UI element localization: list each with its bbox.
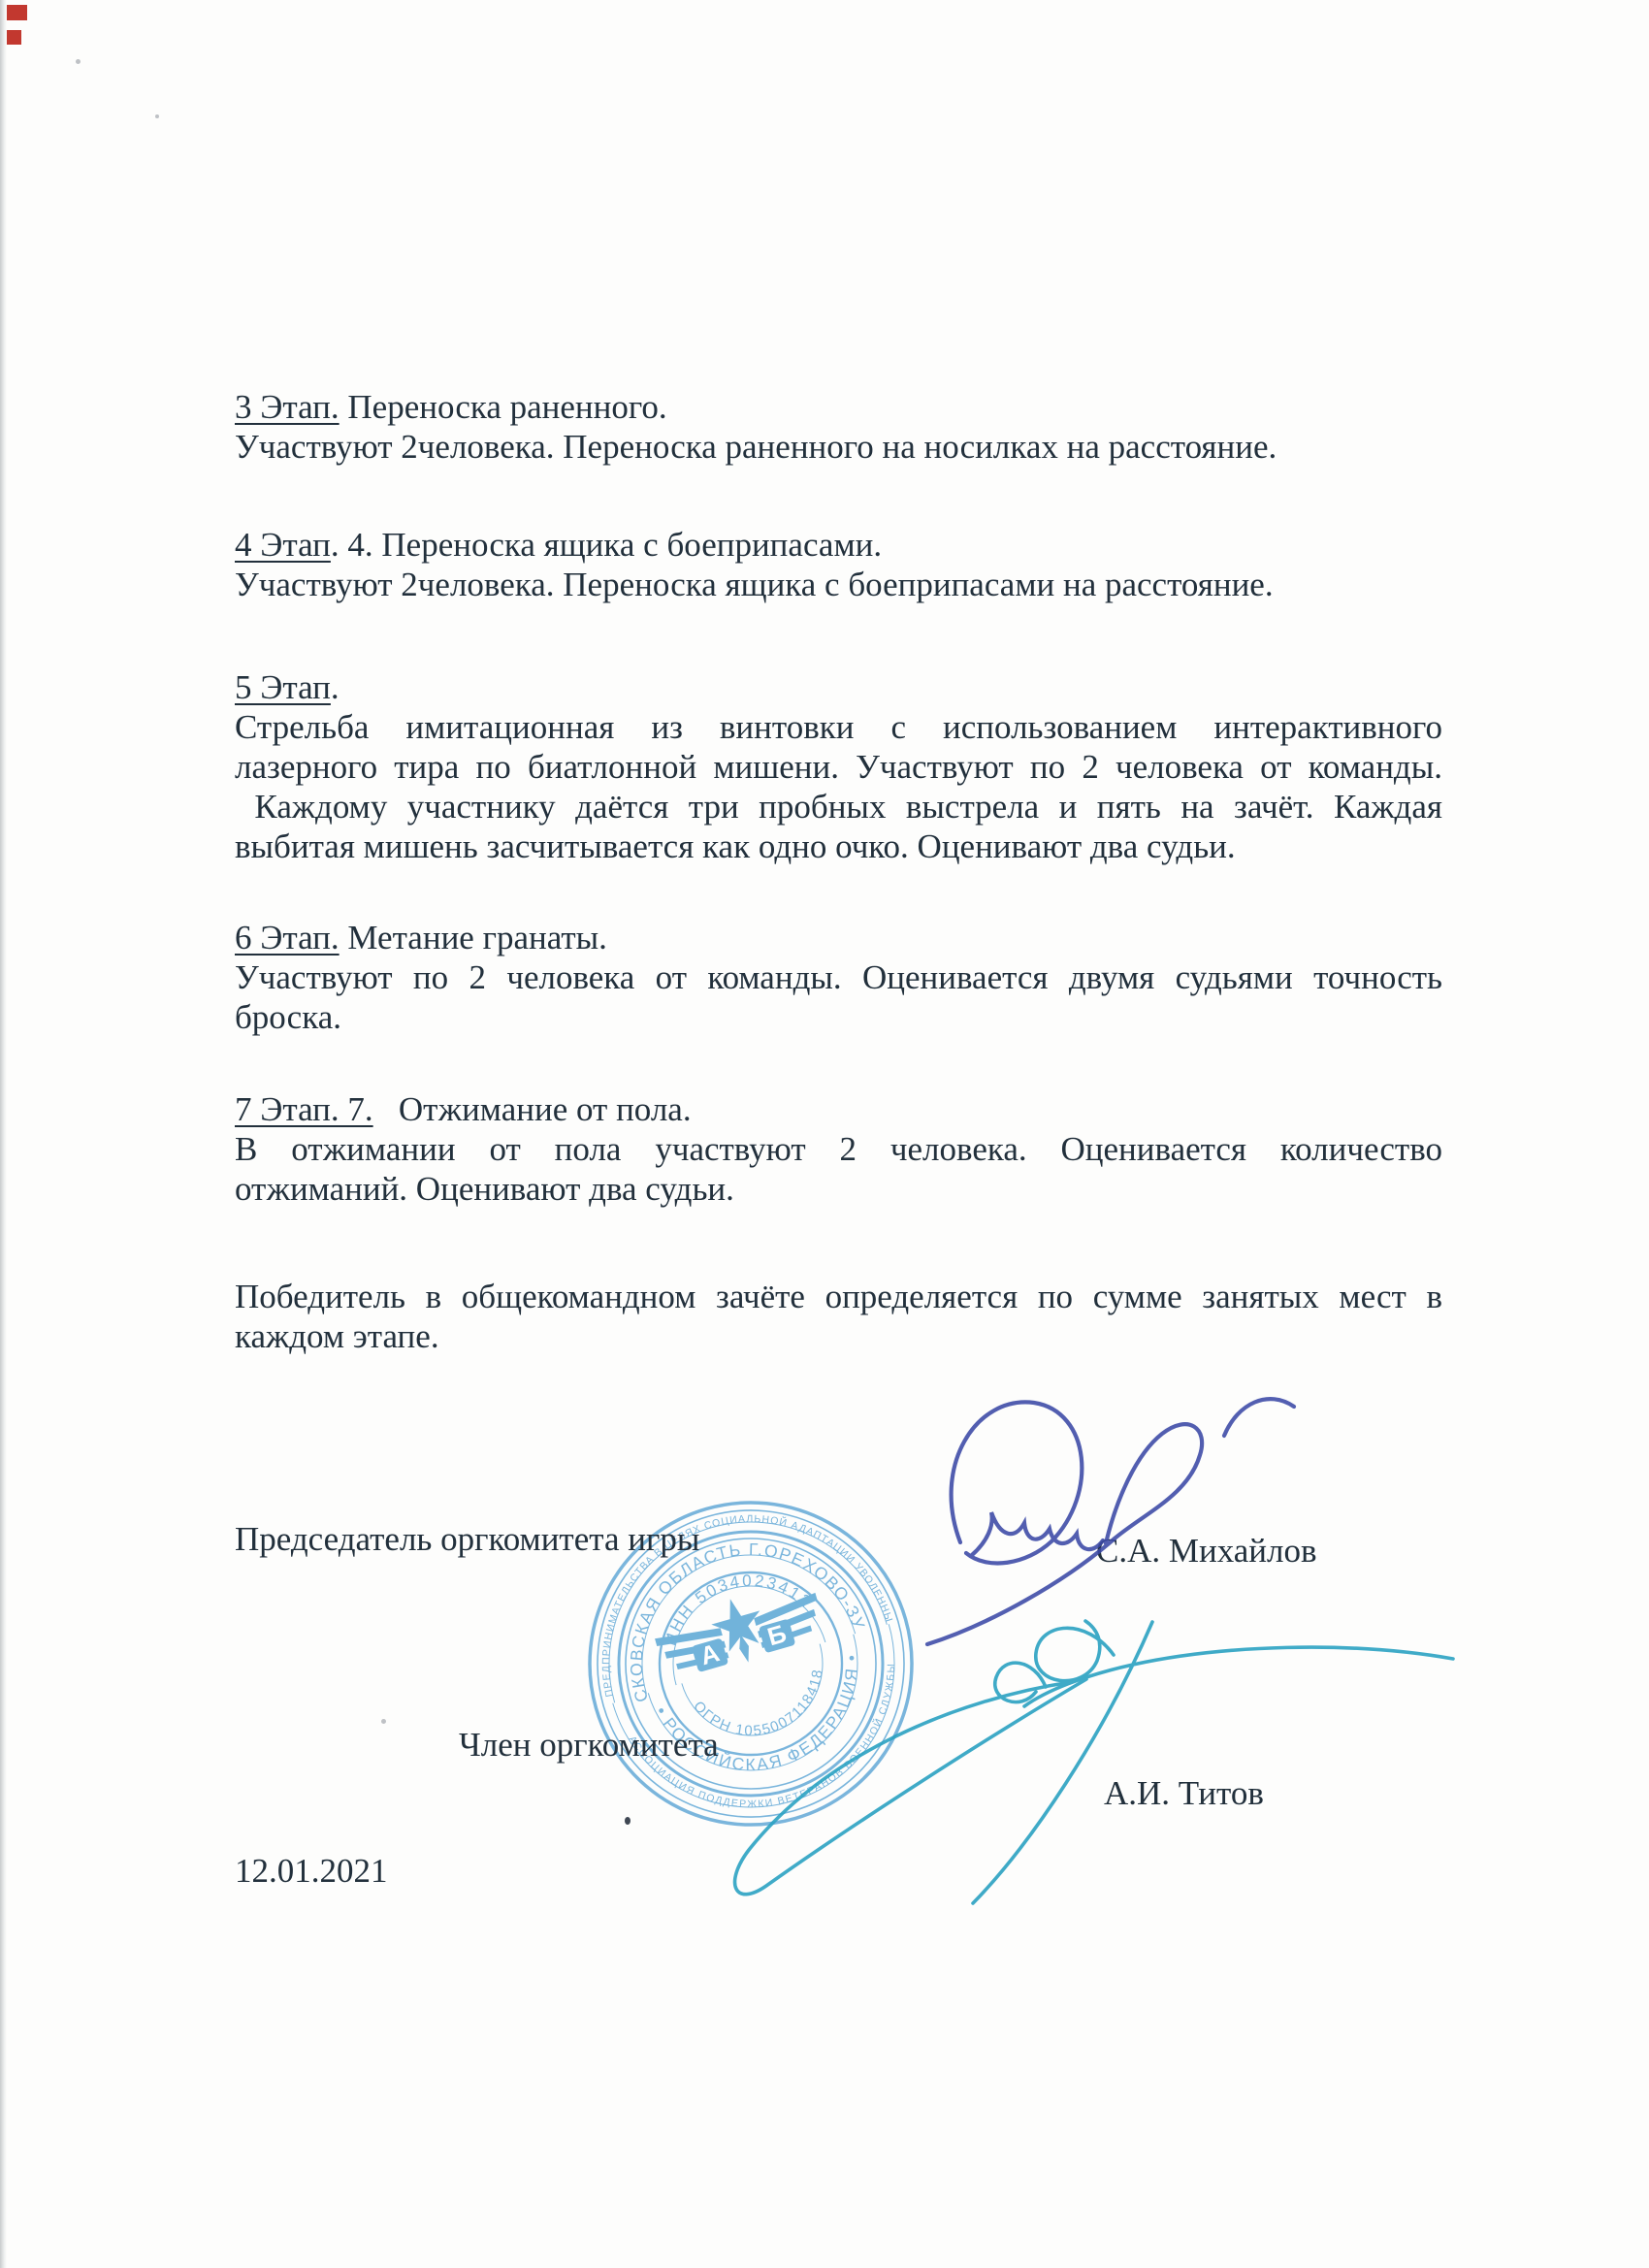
document-date: 12.01.2021: [235, 1851, 388, 1891]
stage-5-body-line-3: Каждому участнику даётся три пробных выс…: [235, 787, 1442, 826]
stage-5-body-line-4: выбитая мишень засчитывается как одно оч…: [235, 826, 1442, 866]
winner-clause-line-1: Победитель в общекомандном зачёте опреде…: [235, 1277, 1442, 1316]
stage-7-heading: 7 Этап. 7. Отжимание от пола.: [235, 1089, 1442, 1129]
stage-3-label: 3 Этап.: [235, 388, 339, 426]
member-label: Член оргкомитета: [459, 1725, 719, 1765]
stage-5-body-line-2: лазерного тира по биатлонной мишени. Уча…: [235, 747, 1442, 787]
stage-3-title: Переноска раненного.: [339, 388, 667, 426]
stage-3-body: Участвуют 2человека. Переноска раненного…: [235, 427, 1442, 467]
stage-7-title: Отжимание от пола.: [373, 1090, 692, 1128]
stage-4-label: 4 Этап: [235, 526, 331, 564]
stage-5-label: 5 Этап: [235, 668, 331, 706]
winner-clause-line-2: каждом этапе.: [235, 1316, 1442, 1356]
stage-7-body-line-1: В отжимании от пола участвуют 2 человека…: [235, 1129, 1442, 1169]
scan-edge-shadow: [0, 0, 7, 2268]
stage-7-body-line-2: отжиманий. Оценивают два судьи.: [235, 1169, 1442, 1209]
stage-5-body-line-1: Стрельба имитационная из винтовки с испо…: [235, 707, 1442, 747]
stage-6-heading: 6 Этап. Метание гранаты.: [235, 918, 1442, 957]
scan-red-mark-2: [7, 30, 21, 45]
stage-5-title: .: [331, 668, 339, 706]
stage-6-body-line-1: Участвуют по 2 человека от команды. Оцен…: [235, 957, 1442, 997]
stage-5-heading: 5 Этап.: [235, 667, 1442, 707]
chairman-name: С.А. Михайлов: [1096, 1531, 1317, 1571]
stage-6-title: Метание гранаты.: [339, 919, 607, 956]
scan-speck: [155, 114, 159, 118]
member-name: А.И. Титов: [1104, 1773, 1264, 1813]
stage-3-heading: 3 Этап. Переноска раненного.: [235, 387, 1442, 427]
document-page: УЧАСТНИКОВ МАЛОГО ПРЕДПРИНИМАТЕЛЬСТВА В …: [0, 0, 1649, 2268]
scan-speck: [381, 1719, 386, 1724]
stage-4-title: . 4. Переноска ящика с боеприпасами.: [331, 526, 882, 564]
chairman-signature: [927, 1399, 1294, 1644]
stage-7-label: 7 Этап. 7.: [235, 1090, 373, 1128]
chairman-label: Председатель оргкомитета игры: [235, 1519, 699, 1559]
scan-red-mark-1: [7, 5, 27, 20]
stage-6-label: 6 Этап.: [235, 919, 339, 956]
stage-6-body-line-2: броска.: [235, 997, 1442, 1037]
stage-4-heading: 4 Этап. 4. Переноска ящика с боеприпасам…: [235, 525, 1442, 565]
stage-4-body: Участвуют 2человека. Переноска ящика с б…: [235, 565, 1442, 604]
scan-speck: [76, 59, 81, 64]
